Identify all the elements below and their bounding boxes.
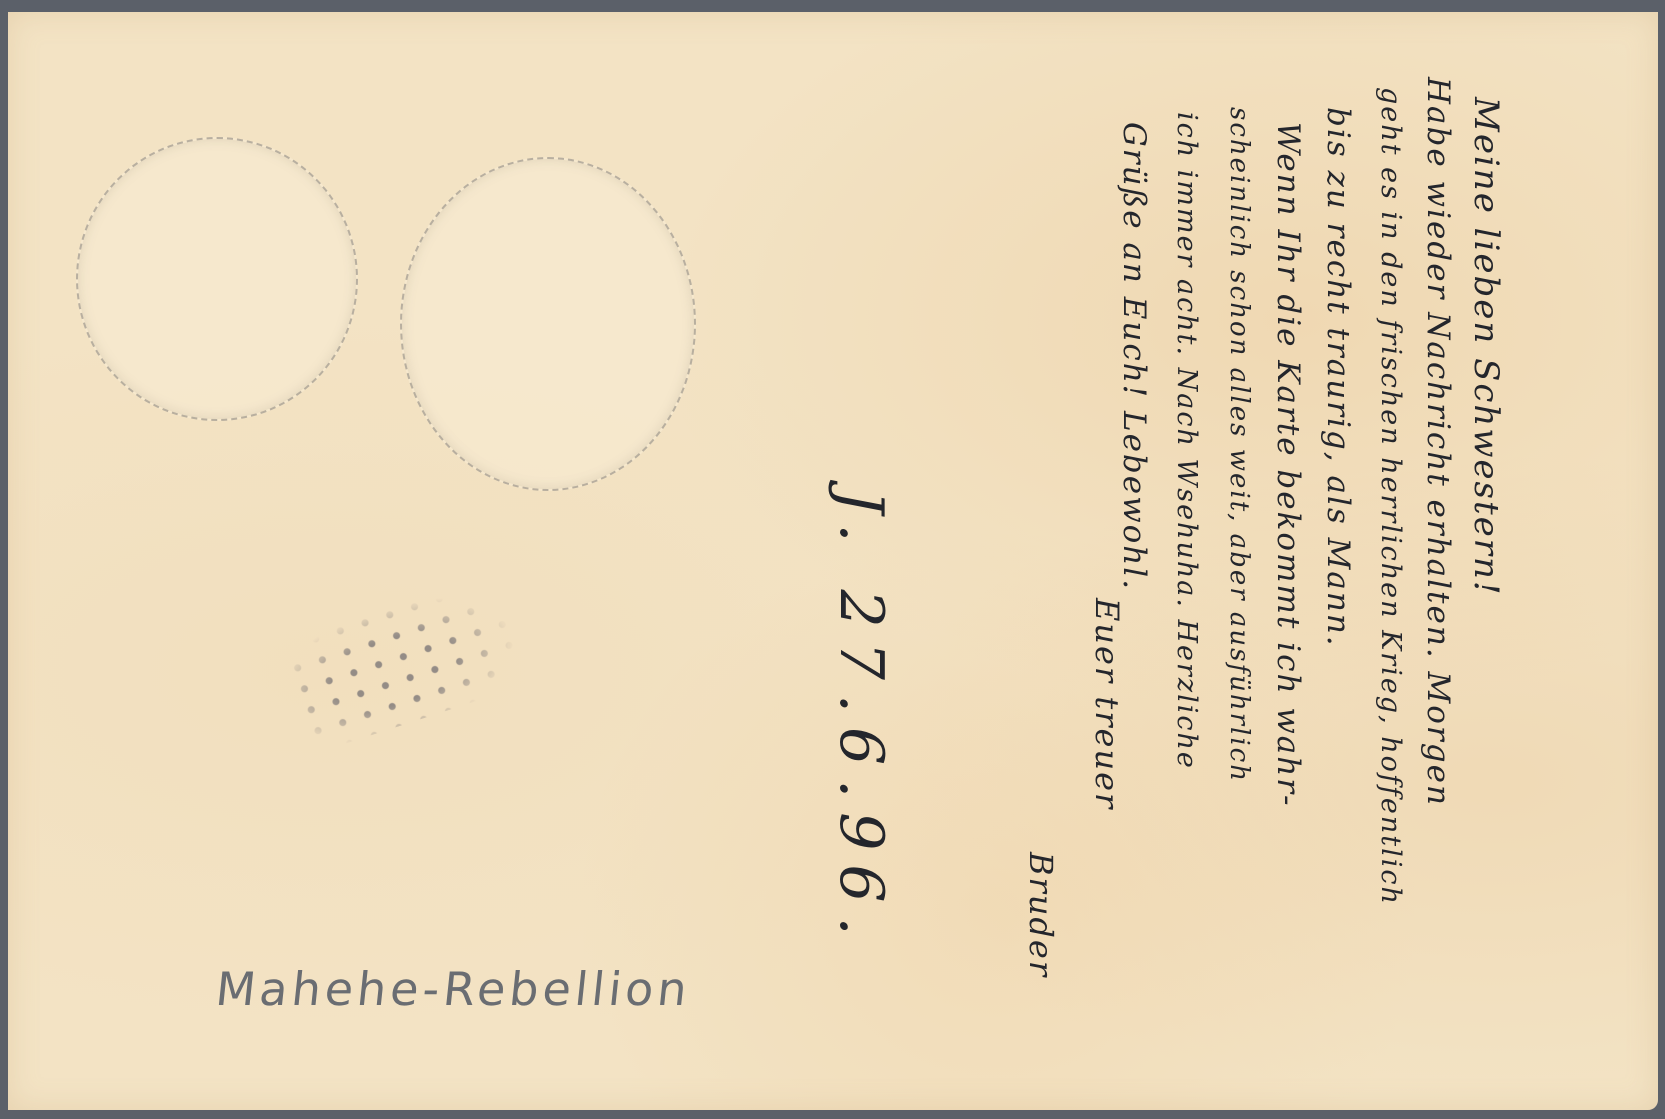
handwriting-line-4: bis zu recht traurig, als Mann. [1320, 107, 1356, 648]
left-postmark [76, 137, 358, 421]
handwriting-line-5: Wenn Ihr die Karte bekommt ich wahr- [1270, 122, 1306, 808]
handwriting-line-7: ich immer acht. Nach Wsehuha. Herzliche [1171, 112, 1202, 770]
date-line: J. 27.6.96. [826, 490, 896, 950]
handwriting-line-2: Habe wieder Nachricht erhalten. Morgen [1420, 77, 1456, 807]
postcard-reverse: Mahehe-Rebellion Meine lieben Schwestern… [8, 12, 1658, 1110]
handwriting-line-8: Grüße an Euch! Lebewohl. [1116, 122, 1152, 591]
handwriting-line-9: Euer treuer [1088, 598, 1126, 810]
handwriting-line-3: geht es in den frischen herrlichen Krieg… [1375, 87, 1406, 906]
handwriting-line-10: Bruder [1022, 852, 1060, 978]
right-postmark [400, 157, 696, 491]
handwriting-line-6: scheinlich schon alles weit, aber ausfüh… [1224, 107, 1254, 783]
handwriting-line-1: Meine lieben Schwestern! [1466, 97, 1506, 597]
ink-dot-stain [275, 569, 531, 754]
pencil-annotation: Mahehe-Rebellion [213, 962, 693, 1016]
